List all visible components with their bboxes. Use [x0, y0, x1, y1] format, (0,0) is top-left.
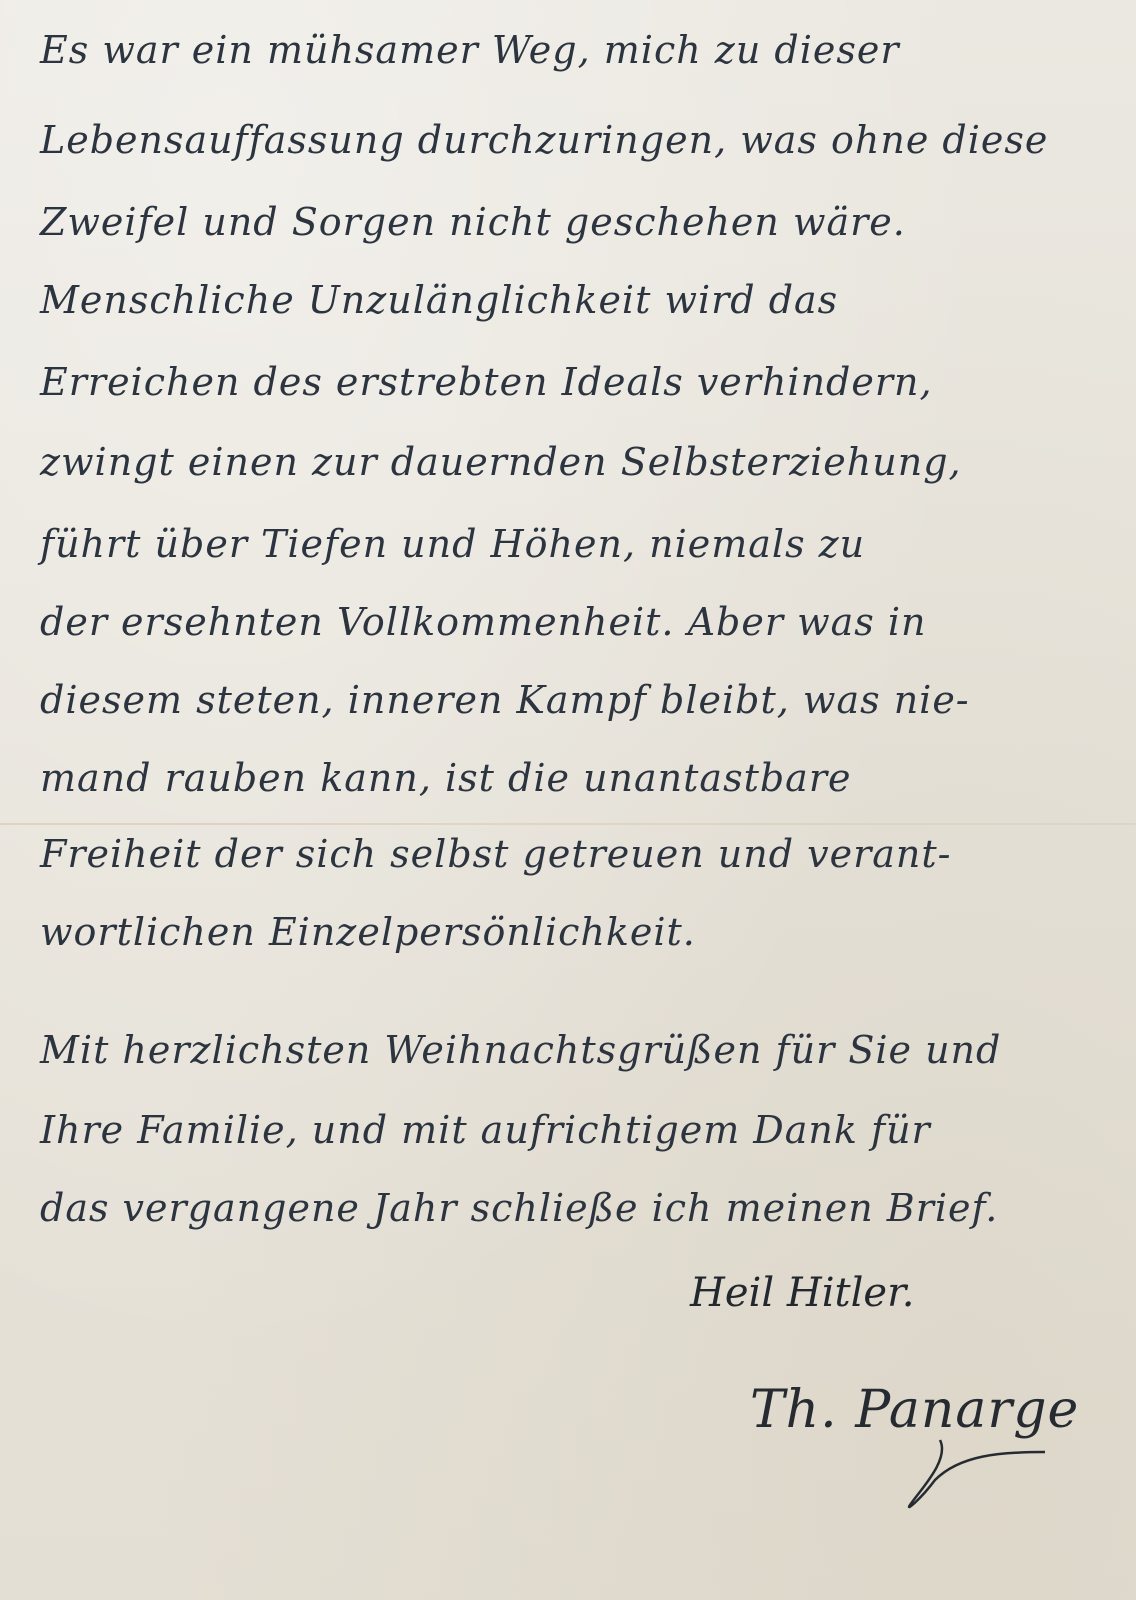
- body-line: Menschliche Unzulänglichkeit wird das: [40, 278, 838, 322]
- body-line: Es war ein mühsamer Weg, mich zu dieser: [40, 28, 900, 72]
- body-line: wortlichen Einzelpersönlichkeit.: [40, 910, 696, 954]
- body-line: Zweifel und Sorgen nicht geschehen wäre.: [40, 200, 906, 244]
- body-line: zwingt einen zur dauernden Selbsterziehu…: [40, 440, 962, 484]
- body-line: Erreichen des erstrebten Ideals verhinde…: [40, 360, 933, 404]
- body-line: Freiheit der sich selbst getreuen und ve…: [40, 832, 951, 876]
- body-line: mand rauben kann, ist die unantastbare: [40, 756, 851, 800]
- salutation: Heil Hitler.: [690, 1270, 915, 1316]
- body-line: führt über Tiefen und Höhen, niemals zu: [40, 522, 865, 566]
- body-line: der ersehnten Vollkommenheit. Aber was i…: [40, 600, 926, 644]
- body-line: Lebensauffassung durchzuringen, was ohne…: [40, 118, 1048, 162]
- signature-flourish-icon: [880, 1430, 1050, 1510]
- closing-line: das vergangene Jahr schließe ich meinen …: [40, 1186, 998, 1230]
- paper-fold-line: [0, 823, 1136, 825]
- body-line: diesem steten, inneren Kampf bleibt, was…: [40, 678, 970, 722]
- closing-line: Mit herzlichsten Weihnachtsgrüßen für Si…: [40, 1028, 1001, 1072]
- closing-line: Ihre Familie, und mit aufrichtigem Dank …: [40, 1108, 931, 1152]
